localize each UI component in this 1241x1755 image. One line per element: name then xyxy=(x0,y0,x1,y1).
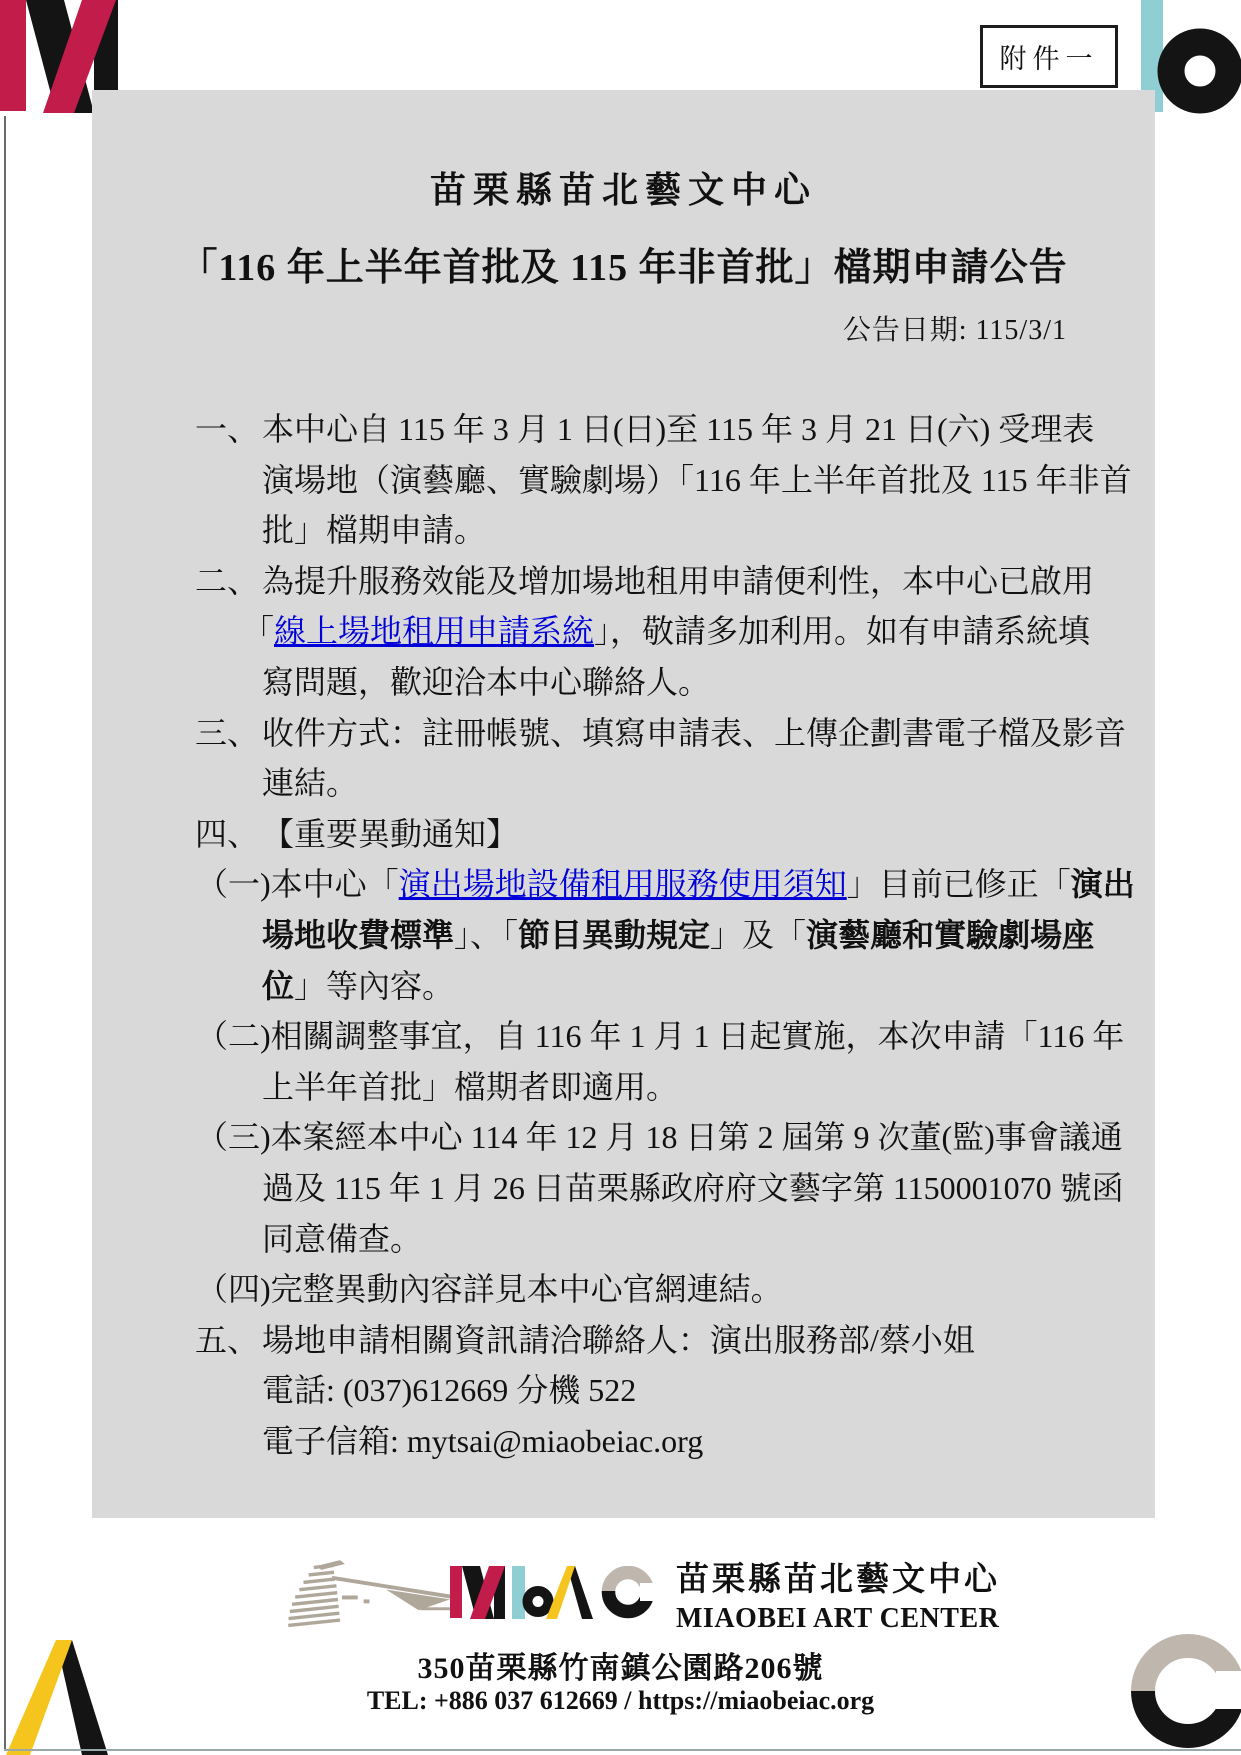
line-label: 五、 xyxy=(195,1315,259,1366)
footer-address: 350苗栗縣竹南鎮公園路206號 xyxy=(0,1643,1241,1687)
body-line: 一、本中心自 115 年 3 月 1 日(日)至 115 年 3 月 21 日(… xyxy=(92,404,1155,455)
footer-org-block: 苗栗縣苗北藝文中心 MIAOBEI ART CENTER xyxy=(676,1563,1000,1633)
online-venue-rental-system-link[interactable]: 線上場地租用申請系統 xyxy=(274,613,594,649)
text-segment: 同意備查。 xyxy=(262,1221,422,1257)
body-line: 場地收費標準」、「節目異動規定」及「演藝廳和實驗劇場座 xyxy=(92,910,1155,961)
body-line: （二)相關調整事宜，自 116 年 1 月 1 日起實施，本次申請「116 年 xyxy=(92,1011,1155,1062)
body-line: 上半年首批」檔期者即適用。 xyxy=(92,1062,1155,1113)
line-label: 一、 xyxy=(195,404,259,455)
mbac-logo-icon xyxy=(450,1566,662,1620)
line-label: 四、 xyxy=(195,809,259,860)
text-segment: 本案經本中心 114 年 12 月 18 日第 2 屆第 9 次董(監)事會議通 xyxy=(271,1119,1123,1155)
body-line: 同意備查。 xyxy=(92,1214,1155,1265)
body-line: 五、場地申請相關資訊請洽聯絡人：演出服務部/蔡小姐 xyxy=(92,1315,1155,1366)
page-subtitle: 「116 年上半年首批及 115 年非首批」檔期申請公告 xyxy=(92,236,1155,291)
attachment-box: 附件一 xyxy=(980,25,1118,88)
body-line: 位」等內容。 xyxy=(92,961,1155,1012)
text-segment: 為提升服務效能及增加場地租用申請便利性，本中心已啟用 xyxy=(262,563,1094,599)
corner-b-bowl-icon xyxy=(1156,24,1241,120)
text-segment: 演藝廳和實驗劇場座 xyxy=(806,917,1094,953)
attachment-label: 附件一 xyxy=(1000,37,1099,76)
body-lines: 一、本中心自 115 年 3 月 1 日(日)至 115 年 3 月 21 日(… xyxy=(92,404,1155,1466)
body-line: 連結。 xyxy=(92,758,1155,809)
announce-date: 公告日期: 115/3/1 xyxy=(843,308,1067,348)
text-segment: 」目前已修正「 xyxy=(847,866,1071,902)
text-segment: 本中心自 115 年 3 月 1 日(日)至 115 年 3 月 21 日(六)… xyxy=(262,411,1094,447)
text-segment: 」等內容。 xyxy=(294,968,454,1004)
text-segment: 演出 xyxy=(1071,866,1135,902)
text-segment: 批」檔期申請。 xyxy=(262,512,486,548)
body-line: 過及 115 年 1 月 26 日苗栗縣政府府文藝字第 1150001070 號… xyxy=(92,1163,1155,1214)
body-line: （一)本中心「演出場地設備租用服務使用須知」目前已修正「演出 xyxy=(92,859,1155,910)
text-segment: 【重要異動通知】 xyxy=(262,816,518,852)
body-line: 「線上場地租用申請系統」，敬請多加利用。如有申請系統填 xyxy=(92,606,1155,657)
content-area: 苗栗縣苗北藝文中心 「116 年上半年首批及 115 年非首批」檔期申請公告 公… xyxy=(92,90,1155,1518)
org-name-en: MIAOBEI ART CENTER xyxy=(676,1604,1000,1633)
text-segment: 連結。 xyxy=(262,765,358,801)
line-label: （三) xyxy=(196,1119,271,1155)
corner-a-icon xyxy=(0,1640,110,1755)
text-segment: 收件方式：註冊帳號、填寫申請表、上傳企劃書電子檔及影音 xyxy=(262,715,1126,751)
body-line: 寫問題，歡迎洽本中心聯絡人。 xyxy=(92,657,1155,708)
text-segment: 場地收費標準 xyxy=(262,917,454,953)
footer-tel: TEL: +886 037 612669 / https://miaobeiac… xyxy=(0,1686,1241,1716)
body-line: 三、收件方式：註冊帳號、填寫申請表、上傳企劃書電子檔及影音 xyxy=(92,708,1155,759)
line-label: （一) xyxy=(196,866,271,902)
page: { "attachment": { "label": "附件一" }, "hea… xyxy=(0,0,1241,1755)
text-segment: 上半年首批」檔期者即適用。 xyxy=(262,1069,678,1105)
text-segment: 」、「 xyxy=(454,917,518,953)
text-segment: 「 xyxy=(242,613,274,649)
line-label: 三、 xyxy=(195,708,259,759)
body-line: 電話: (037)612669 分機 522 xyxy=(92,1365,1155,1416)
text-segment: 演場地（演藝廳、實驗劇場）「116 年上半年首批及 115 年非首 xyxy=(262,462,1132,498)
text-segment: 」，敬請多加利用。如有申請系統填 xyxy=(594,613,1090,649)
corner-c-icon xyxy=(1128,1630,1241,1750)
line-label: （二) xyxy=(196,1018,271,1054)
text-segment: 場地申請相關資訊請洽聯絡人：演出服務部/蔡小姐 xyxy=(262,1322,975,1358)
text-segment: 位 xyxy=(262,968,294,1004)
line-label: 二、 xyxy=(195,556,259,607)
body-line: 演場地（演藝廳、實驗劇場）「116 年上半年首批及 115 年非首 xyxy=(92,455,1155,506)
text-segment: 本中心「 xyxy=(271,866,399,902)
org-name-zh: 苗栗縣苗北藝文中心 xyxy=(676,1563,1000,1598)
text-segment: 過及 115 年 1 月 26 日苗栗縣政府府文藝字第 1150001070 號… xyxy=(262,1170,1124,1206)
text-segment: 電話: (037)612669 分機 522 xyxy=(262,1372,636,1408)
body-line: （三)本案經本中心 114 年 12 月 18 日第 2 屆第 9 次董(監)事… xyxy=(92,1112,1155,1163)
text-segment: 相關調整事宜，自 116 年 1 月 1 日起實施，本次申請「116 年 xyxy=(271,1018,1125,1054)
text-segment: 節目異動規定 xyxy=(518,917,710,953)
body-line: （四)完整異動內容詳見本中心官網連結。 xyxy=(92,1264,1155,1315)
page-title: 苗栗縣苗北藝文中心 xyxy=(92,162,1155,213)
left-border-line xyxy=(4,116,6,1750)
bottom-border-line xyxy=(4,1749,1241,1751)
text-segment: 寫問題，歡迎洽本中心聯絡人。 xyxy=(262,664,710,700)
text-segment: 」及「 xyxy=(710,917,806,953)
text-segment: 完整異動內容詳見本中心官網連結。 xyxy=(271,1271,783,1307)
body-line: 二、為提升服務效能及增加場地租用申請便利性，本中心已啟用 xyxy=(92,556,1155,607)
line-label: （四) xyxy=(196,1271,271,1307)
body-line: 四、【重要異動通知】 xyxy=(92,809,1155,860)
body-line: 批」檔期申請。 xyxy=(92,505,1155,556)
building-sketch-icon xyxy=(283,1558,455,1632)
body-line: 電子信箱: mytsai@miaobeiac.org xyxy=(92,1416,1155,1467)
venue-equipment-rental-guidelines-link[interactable]: 演出場地設備租用服務使用須知 xyxy=(399,866,847,902)
text-segment: 電子信箱: mytsai@miaobeiac.org xyxy=(262,1423,703,1459)
